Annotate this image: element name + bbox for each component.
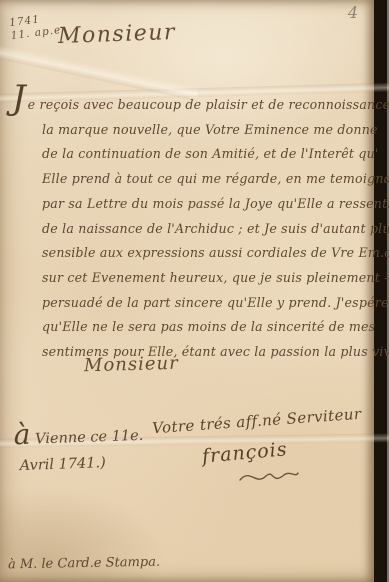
- letter-paper: 1741 11. ap.e 4 Monsieur Je reçois avec …: [0, 0, 374, 582]
- valediction: Votre trés aff.né Serviteur: [152, 405, 362, 438]
- body-line: de la continuation de son Amitié, et de …: [42, 142, 374, 167]
- body-line: Elle prend à tout ce qui me régarde, en …: [42, 167, 374, 192]
- date-line: Avril 1741.): [19, 454, 144, 474]
- signature: françois: [201, 438, 288, 467]
- place-line: à Vienne ce 11e.: [13, 414, 144, 452]
- body-line: Je reçois avec beaucoup de plaisir et de…: [12, 86, 374, 118]
- body-line: par sa Lettre du mois passé la Joye qu'E…: [42, 192, 374, 217]
- archival-date-note: 1741 11. ap.e: [9, 11, 62, 43]
- letter-body: Je reçois avec beaucoup de plaisir et de…: [42, 86, 374, 365]
- body-line: sur cet Evenement heureux, que je suis p…: [42, 266, 374, 291]
- recipient-address: à M. le Card.e Stampa.: [8, 555, 160, 573]
- body-line: persuadé de la part sincere qu'Elle y pr…: [42, 291, 374, 316]
- folio-number: 4: [348, 3, 358, 22]
- signature-paraph-flourish: [238, 466, 300, 488]
- closing-salutation: Monsieur: [84, 353, 179, 376]
- body-line: la marque nouvelle, que Votre Eminence m…: [42, 118, 374, 143]
- place-and-date: à Vienne ce 11e. Avril 1741.): [13, 414, 144, 474]
- body-line: sensible aux expressions aussi cordiales…: [42, 241, 374, 266]
- salutation: Monsieur: [58, 20, 177, 49]
- body-line: de la naissance de l'Archiduc ; et Je su…: [42, 217, 374, 242]
- letter-scan: 1741 11. ap.e 4 Monsieur Je reçois avec …: [0, 0, 389, 582]
- body-line: qu'Elle ne le sera pas moins de la since…: [42, 315, 374, 340]
